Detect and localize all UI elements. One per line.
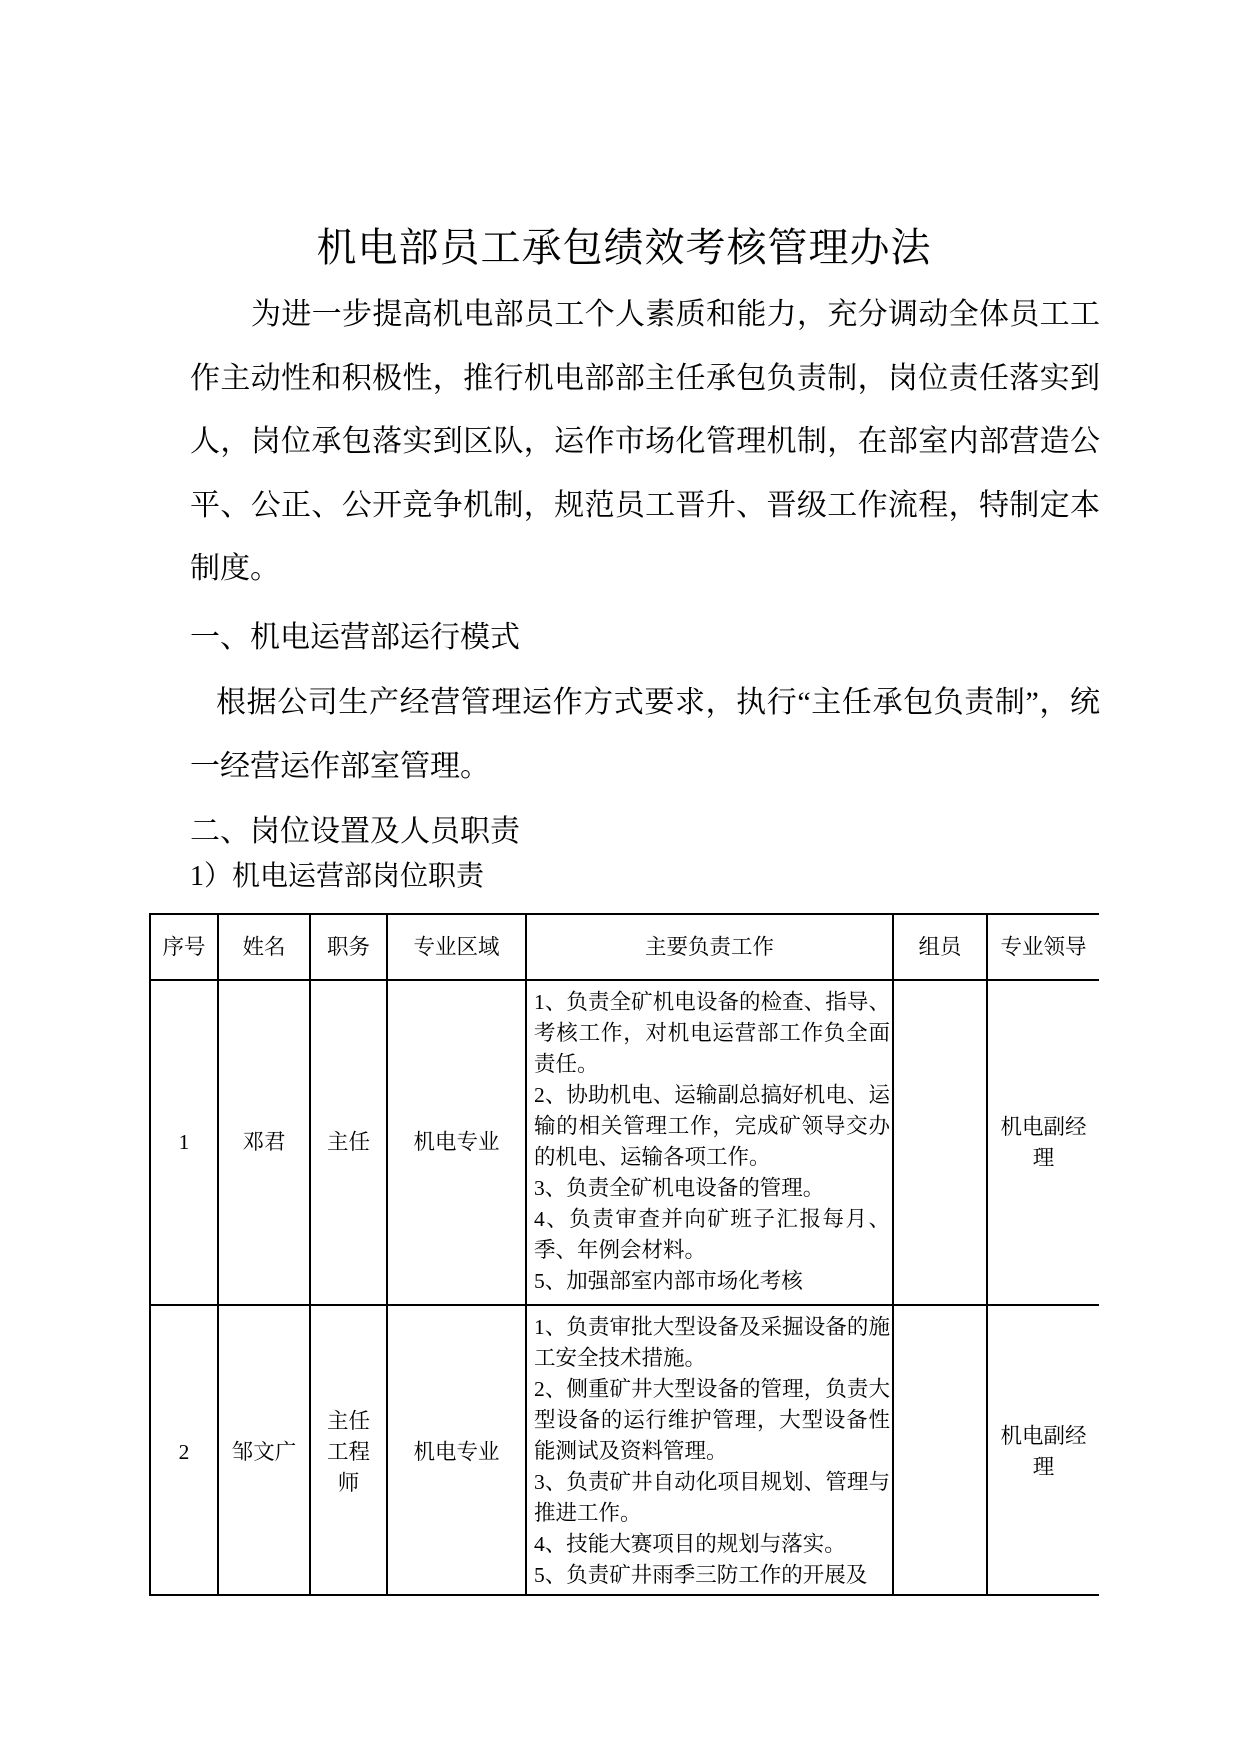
cell-name: 邹文广 (218, 1305, 310, 1596)
cell-leader: 机电副经理 (987, 980, 1099, 1305)
duty-item: 4、技能大赛项目的规划与落实。 (534, 1529, 890, 1560)
table-row: 2 邹文广 主任工程师 机电专业 1、负责审批大型设备及采掘设备的施工安全技术措… (150, 1305, 1099, 1596)
header-col-name: 姓名 (218, 914, 310, 980)
header-col-member: 组员 (893, 914, 987, 980)
intro-paragraph: 为进一步提高机电部员工个人素质和能力，充分调动全体员工工作主动性和积极性，推行机… (190, 283, 1100, 601)
table-row: 1 邓君 主任 机电专业 1、负责全矿机电设备的检查、指导、考核工作，对机电运营… (150, 980, 1099, 1305)
cell-duties: 1、负责全矿机电设备的检查、指导、考核工作，对机电运营部工作负全面责任。2、协助… (526, 980, 893, 1305)
document-page: 机电部员工承包绩效考核管理办法 为进一步提高机电部员工个人素质和能力，充分调动全… (0, 0, 1241, 1755)
cell-area: 机电专业 (387, 980, 526, 1305)
cell-index: 1 (150, 980, 218, 1305)
cell-position: 主任 (310, 980, 387, 1305)
section-2-subheading: 1）机电运营部岗位职责 (190, 855, 1100, 899)
cell-index: 2 (150, 1305, 218, 1596)
cell-area: 机电专业 (387, 1305, 526, 1596)
cell-leader: 机电副经理 (987, 1305, 1099, 1596)
header-col-index: 序号 (150, 914, 218, 980)
duty-item: 5、负责矿井雨季三防工作的开展及 (534, 1560, 890, 1591)
cell-member (893, 1305, 987, 1596)
duty-item: 5、加强部室内部市场化考核 (534, 1266, 890, 1297)
cell-name: 邓君 (218, 980, 310, 1305)
duty-item: 3、负责全矿机电设备的管理。 (534, 1173, 890, 1204)
header-col-position: 职务 (310, 914, 387, 980)
duty-item: 2、侧重矿井大型设备的管理，负责大型设备的运行维护管理，大型设备性能测试及资料管… (534, 1374, 890, 1467)
document-title: 机电部员工承包绩效考核管理办法 (149, 224, 1099, 272)
table-header-row: 序号 姓名 职务 专业区域 主要负责工作 组员 专业领导 (150, 914, 1099, 980)
duty-item: 4、负责审查并向矿班子汇报每月、季、年例会材料。 (534, 1204, 890, 1266)
positions-table-container: 序号 姓名 职务 专业区域 主要负责工作 组员 专业领导 1 邓君 主任 机电专… (149, 913, 1099, 1596)
duty-item: 1、负责审批大型设备及采掘设备的施工安全技术措施。 (534, 1312, 890, 1374)
positions-table: 序号 姓名 职务 专业区域 主要负责工作 组员 专业领导 1 邓君 主任 机电专… (149, 913, 1099, 1596)
header-col-leader: 专业领导 (987, 914, 1099, 980)
header-col-area: 专业区域 (387, 914, 526, 980)
duty-item: 1、负责全矿机电设备的检查、指导、考核工作，对机电运营部工作负全面责任。 (534, 987, 890, 1080)
section-1-heading: 一、机电运营部运行模式 (190, 606, 1100, 670)
header-col-duties: 主要负责工作 (526, 914, 893, 980)
cell-position: 主任工程师 (310, 1305, 387, 1596)
cell-duties: 1、负责审批大型设备及采掘设备的施工安全技术措施。2、侧重矿井大型设备的管理，负… (526, 1305, 893, 1596)
duty-item: 2、协助机电、运输副总搞好机电、运输的相关管理工作，完成矿领导交办的机电、运输各… (534, 1080, 890, 1173)
section-1-paragraph: 根据公司生产经营管理运作方式要求，执行“主任承包负责制”，统一经营运作部室管理。 (190, 671, 1100, 799)
duty-item: 3、负责矿井自动化项目规划、管理与推进工作。 (534, 1467, 890, 1529)
cell-member (893, 980, 987, 1305)
